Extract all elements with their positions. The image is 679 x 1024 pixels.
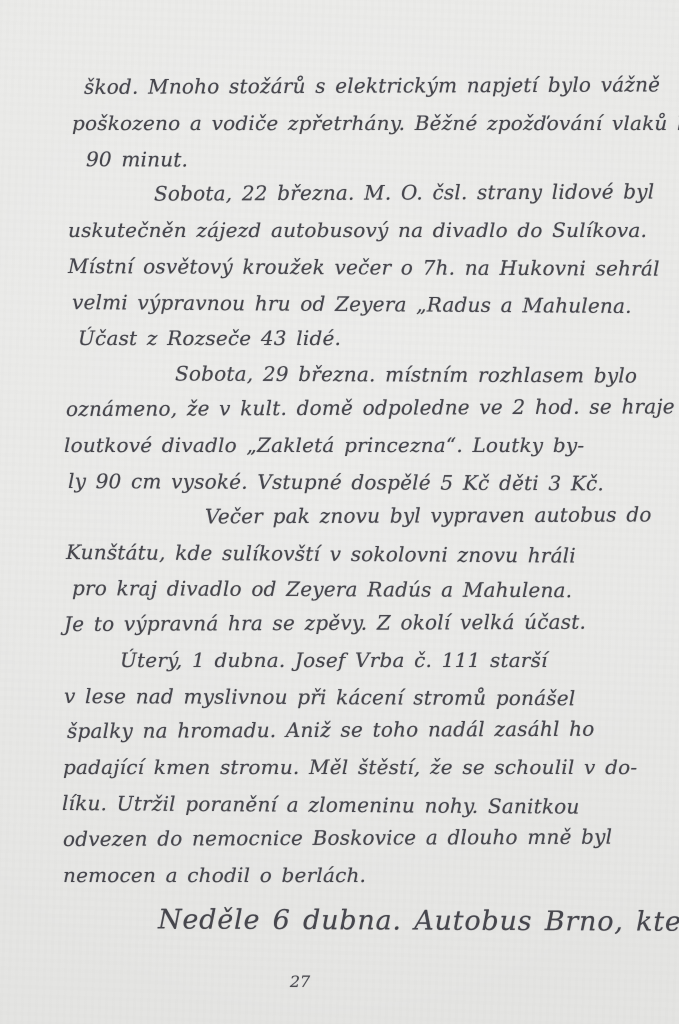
handwritten-line: poškozeno a vodiče zpřetrhány. Běžné zpo… bbox=[62, 106, 661, 142]
handwritten-line: Sobota, 22 března. M. O. čsl. strany lid… bbox=[62, 175, 661, 213]
handwritten-line: nemocen a chodil o berlách. bbox=[62, 858, 661, 894]
scanned-page: škod. Mnoho stožárů s elektrickým napjet… bbox=[0, 0, 679, 1024]
handwritten-line: uskutečněn zájezd autobusový na divadlo … bbox=[62, 213, 661, 249]
handwritten-line: Je to výpravná hra se zpěvy. Z okolí vel… bbox=[62, 604, 661, 642]
handwritten-line: Večer pak znovu byl vypraven autobus do bbox=[62, 497, 661, 535]
handwritten-line: Účast z Rozseče 43 lidé. bbox=[62, 321, 661, 357]
handwritten-line: loutkové divadlo „Zakletá princezna“. Lo… bbox=[62, 428, 661, 464]
handwriting-block: škod. Mnoho stožárů s elektrickým napjet… bbox=[62, 70, 661, 943]
handwritten-line: padající kmen stromu. Měl štěstí, že se … bbox=[62, 750, 661, 786]
handwritten-line: Úterý, 1 dubna. Josef Vrba č. 111 starší bbox=[62, 643, 661, 679]
handwritten-line: velmi výpravnou hru od Zeyera „Radus a M… bbox=[62, 285, 661, 325]
handwritten-line: Kunštátu, kde sulíkovští v sokolovni zno… bbox=[62, 535, 661, 575]
handwritten-line: Neděle 6 dubna. Autobus Brno, který bbox=[62, 897, 661, 946]
handwritten-line: škod. Mnoho stožárů s elektrickým napjet… bbox=[62, 67, 661, 105]
handwritten-line: odvezen do nemocnice Boskovice a dlouho … bbox=[62, 819, 661, 857]
handwritten-line: ly 90 cm vysoké. Vstupné dospělé 5 Kč dě… bbox=[62, 464, 661, 502]
handwritten-line: Místní osvětový kroužek večer o 7h. na H… bbox=[62, 249, 661, 287]
handwritten-line: špalky na hromadu. Aniž se toho nadál za… bbox=[62, 712, 661, 750]
handwritten-line: oznámeno, že v kult. domě odpoledne ve 2… bbox=[62, 390, 661, 428]
page-number: 27 bbox=[250, 972, 350, 991]
